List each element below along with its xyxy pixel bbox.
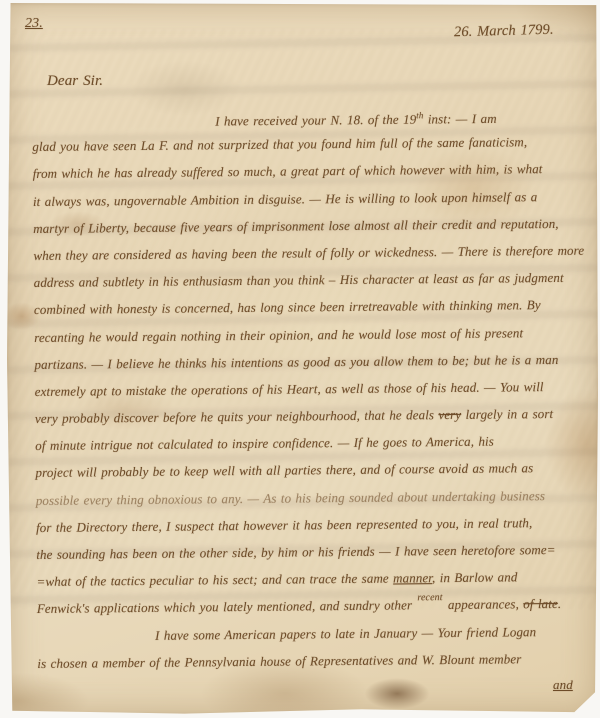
letter-body: I have received your N. 18. of the 19th … bbox=[32, 101, 593, 677]
scanned-letter: { "document": { "ink_color": "#6d4b28", … bbox=[0, 0, 600, 718]
letter-line: is chosen a member of the Pennsylvania h… bbox=[37, 644, 593, 677]
catchword: and bbox=[553, 677, 573, 693]
date-line: 26. March 1799. bbox=[454, 22, 554, 42]
letter-page: 23. 26. March 1799. Dear Sir. I have rec… bbox=[7, 3, 598, 715]
page-number: 23. bbox=[25, 16, 43, 32]
salutation: Dear Sir. bbox=[47, 73, 103, 90]
letter-line: possible every thing obnoxious to any. —… bbox=[36, 481, 592, 514]
letter-line: very probably discover before he quits y… bbox=[35, 400, 591, 433]
